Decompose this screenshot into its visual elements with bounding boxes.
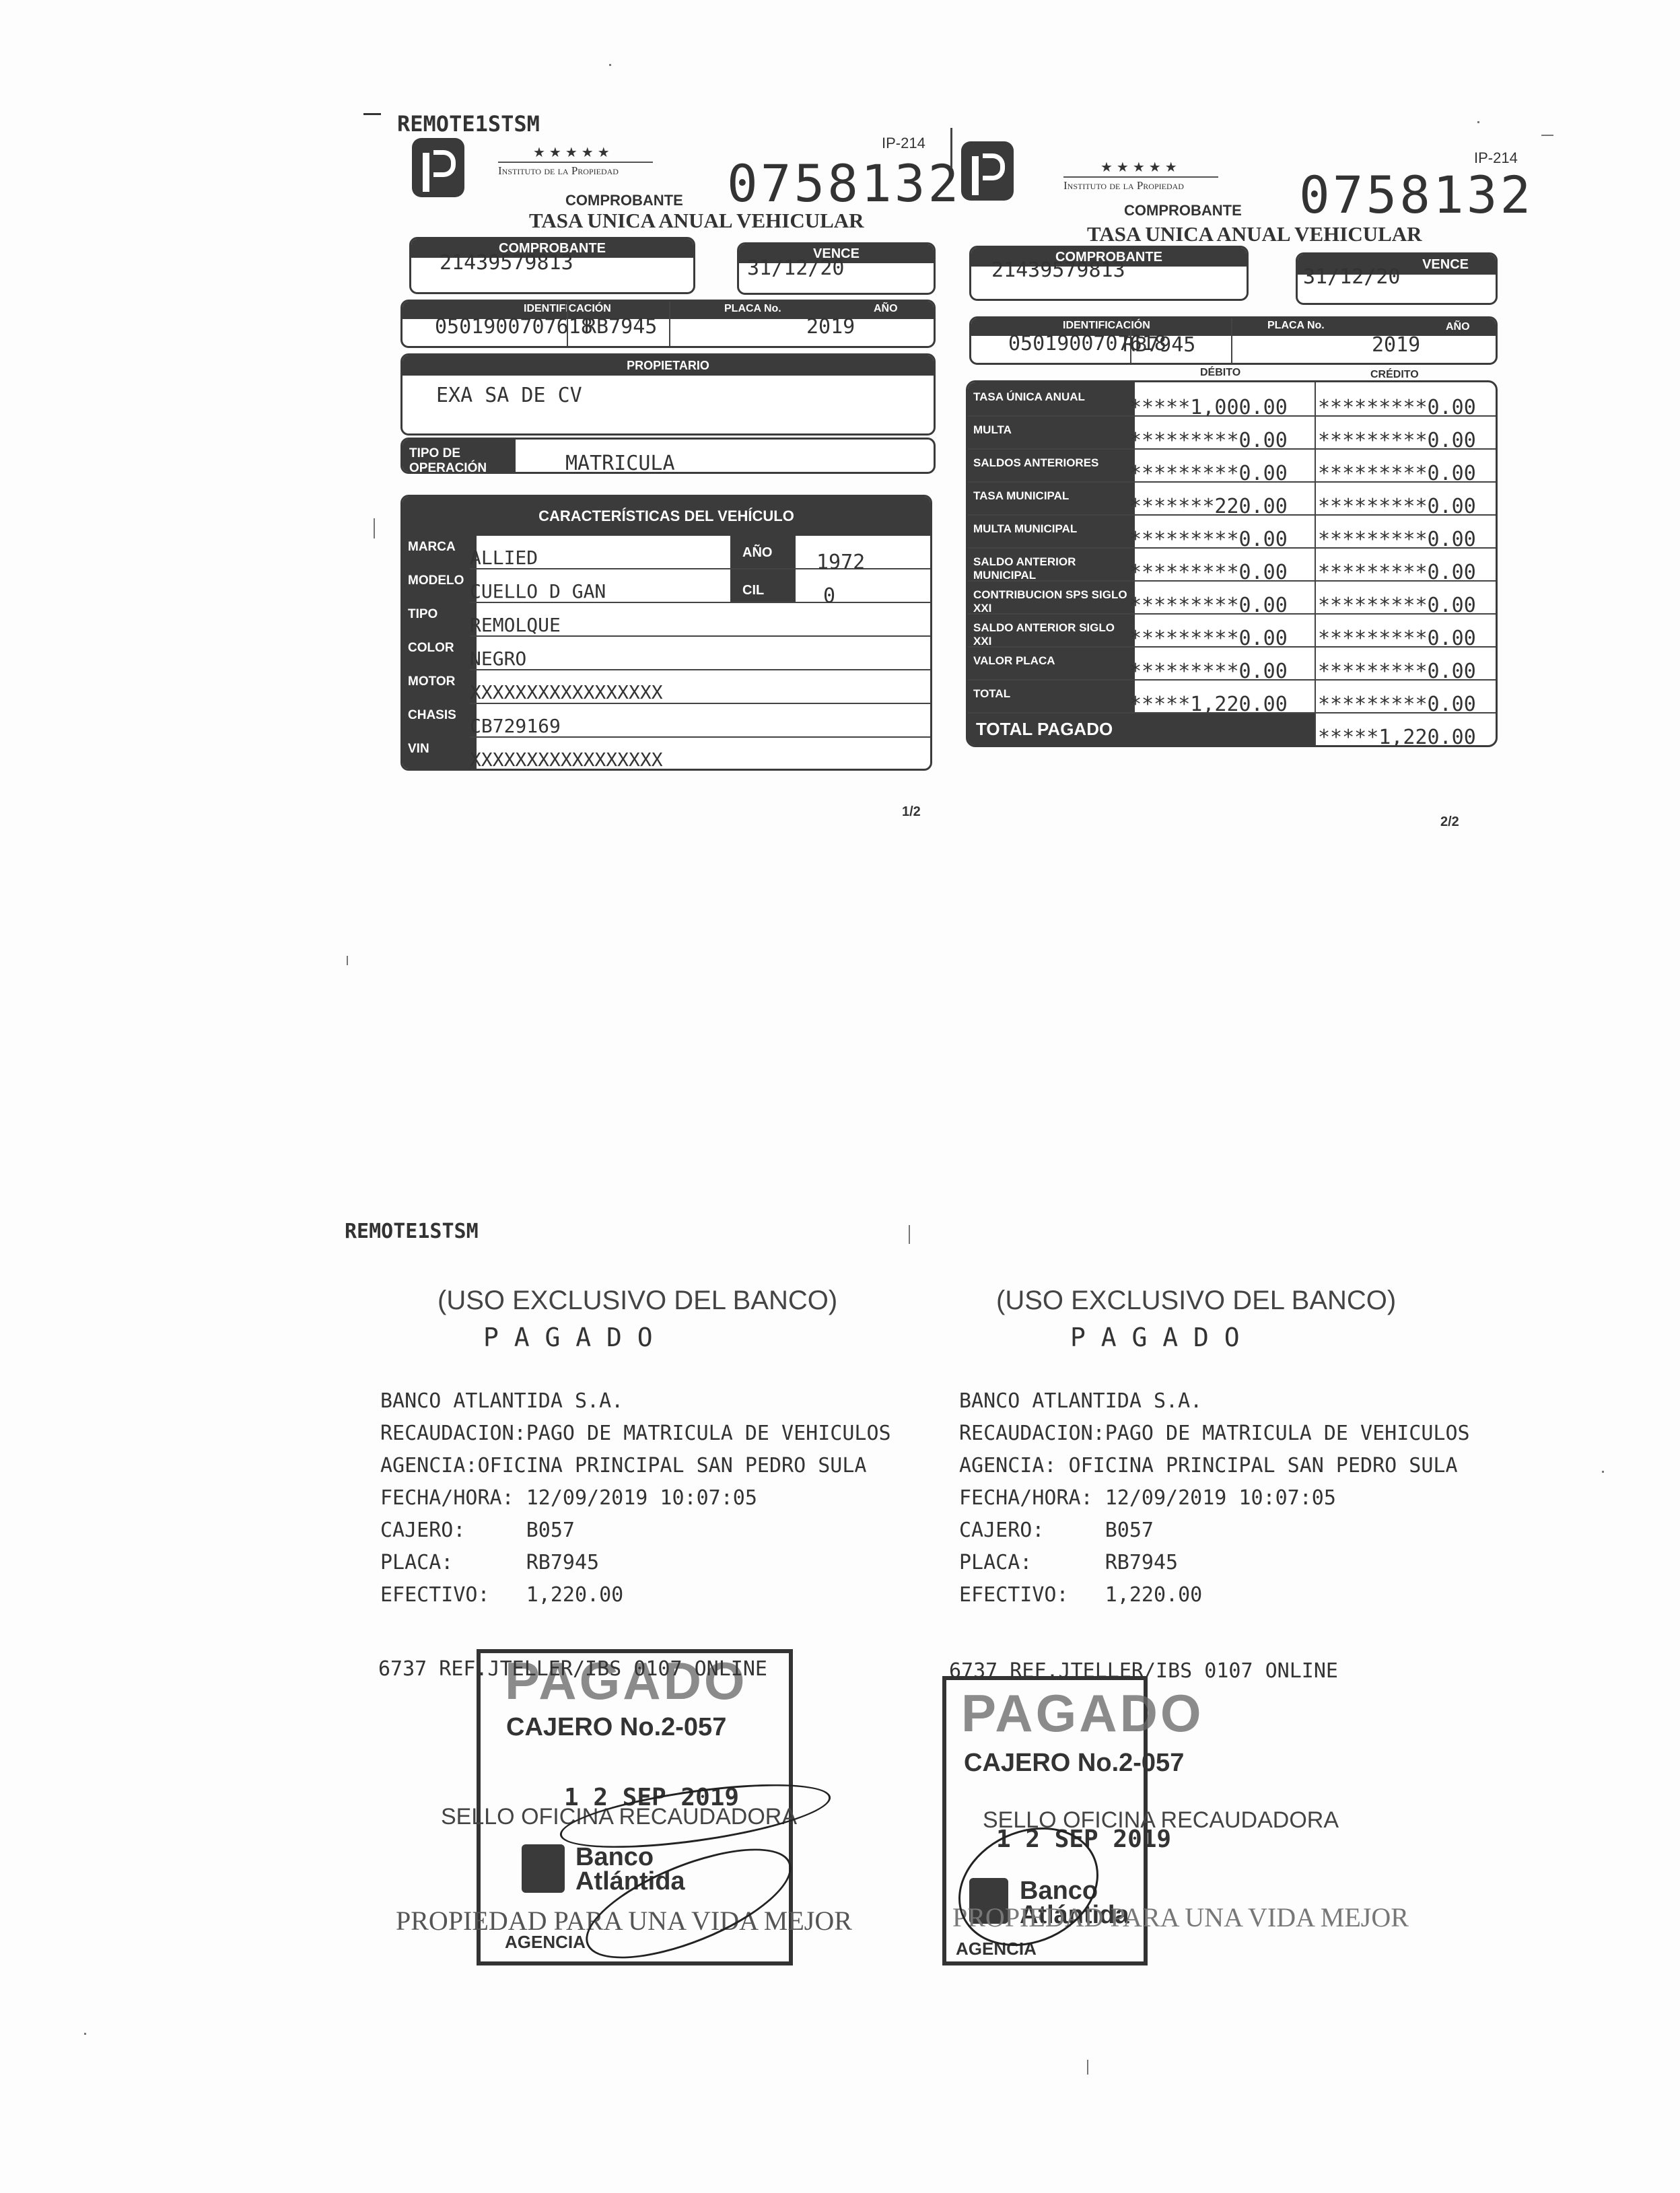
paid-status: P A G A D O	[1070, 1323, 1240, 1352]
bank-use-heading: (USO EXCLUSIVO DEL BANCO)	[438, 1286, 837, 1316]
serial-number: 0758132	[1299, 165, 1533, 225]
ano-value: 2019	[806, 315, 855, 339]
tipo-operacion-value: MATRICULA	[565, 452, 675, 474]
document-title: TASA UNICA ANUAL VEHICULAR	[1087, 222, 1422, 246]
scan-mark	[1087, 2060, 1088, 2075]
subtitle: COMPROBANTE	[1124, 202, 1242, 219]
vence-field: VENCE 31/12/20	[1296, 252, 1498, 305]
recaudacion-line: RECAUDACION:PAGO DE MATRICULA DE VEHICUL…	[959, 1418, 1470, 1450]
vehicle-row-label: CHASIS	[403, 708, 470, 723]
bank-name-line: BANCO ATLANTIDA S.A.	[380, 1385, 891, 1418]
efectivo-line: EFECTIVO: 1,220.00	[959, 1579, 1470, 1611]
vehicle-row-value: NEGRO	[470, 648, 526, 670]
reference-line: 6737 REF.JTELLER/IBS 0107 ONLINE	[949, 1659, 1338, 1683]
form-code: IP-214	[882, 135, 925, 152]
identificacion-field: IDENTIFICACIÓN PLACA No. AÑO 05019007076…	[969, 316, 1498, 365]
recaudacion-line: RECAUDACION:PAGO DE MATRICULA DE VEHICUL…	[380, 1418, 891, 1450]
ip-logo-icon	[412, 138, 464, 197]
stamp-cajero: CAJERO No.2-057	[506, 1713, 726, 1742]
institution-name: Instituto de la Propiedad	[1063, 176, 1218, 193]
placa-line: PLACA: RB7945	[959, 1547, 1470, 1579]
scan-speck	[84, 2033, 86, 2035]
vehicle-row-label: VIN	[403, 742, 470, 757]
bank-use-heading: (USO EXCLUSIVO DEL BANCO)	[996, 1286, 1396, 1316]
banco-atlantida-logo-icon	[522, 1844, 565, 1893]
stamp-agencia: AGENCIA	[505, 1932, 586, 1953]
vehicle-row-value: REMOLQUE	[470, 614, 561, 636]
charge-label: VALOR PLACA	[968, 654, 1135, 668]
placa-value: RB7945	[1123, 333, 1195, 357]
page-indicator: 1/2	[902, 804, 921, 820]
vehicle-cil-value: 0	[823, 584, 835, 608]
total-pagado-value: *****1,220.00	[1318, 726, 1476, 747]
vehicle-row-label: MARCA	[403, 540, 470, 555]
scan-mark	[909, 1225, 910, 1244]
comprobante-value: 21439579813	[440, 251, 573, 275]
bank-name-line: BANCO ATLANTIDA S.A.	[959, 1385, 1470, 1418]
propietario-field: PROPIETARIO EXA SA DE CV	[400, 353, 936, 436]
placa-label: PLACA No.	[724, 303, 781, 315]
vehicle-row-value: CB729169	[470, 715, 561, 737]
fecha-hora-line: FECHA/HORA: 12/09/2019 10:07:05	[380, 1482, 891, 1515]
credito-header: CRÉDITO	[1370, 369, 1419, 381]
reference-line: 6737 REF.JTELLER/IBS 0107 ONLINE	[378, 1657, 767, 1681]
stamp-pagado-text: PAGADO	[961, 1683, 1204, 1744]
charge-label: CONTRIBUCION SPS SIGLO XXI	[968, 588, 1135, 615]
vence-field: VENCE 31/12/20	[737, 242, 936, 295]
margin-mark	[363, 113, 381, 115]
vehicle-cil-label: CIL	[742, 583, 764, 598]
scan-mark	[347, 956, 348, 965]
institution-name: Instituto de la Propiedad	[498, 162, 653, 178]
header-code: REMOTE1STSM	[397, 111, 540, 137]
vehicle-row-label: COLOR	[403, 641, 470, 656]
subtitle: COMPROBANTE	[565, 192, 683, 209]
vehicle-row-value: ALLIED	[470, 547, 538, 569]
document-title: TASA UNICA ANUAL VEHICULAR	[529, 209, 864, 233]
receipt-lines: BANCO ATLANTIDA S.A. RECAUDACION:PAGO DE…	[380, 1385, 891, 1611]
charge-label: SALDO ANTERIOR MUNICIPAL	[968, 555, 1135, 582]
vehicle-row-value: CUELLO D GAN	[470, 580, 606, 602]
scan-speck	[609, 64, 611, 66]
vehicle-ano-value: 1972	[816, 551, 865, 574]
agencia-line: AGENCIA: OFICINA PRINCIPAL SAN PEDRO SUL…	[959, 1450, 1470, 1482]
scan-speck	[1477, 121, 1479, 123]
vehicle-row-value: XXXXXXXXXXXXXXXXX	[470, 749, 663, 771]
charge-label: TOTAL	[968, 687, 1135, 701]
ano-label: AÑO	[1446, 321, 1470, 333]
charge-label: MULTA MUNICIPAL	[968, 522, 1135, 536]
ano-value: 2019	[1372, 333, 1420, 357]
charge-label: SALDOS ANTERIORES	[968, 456, 1135, 470]
bank-logo-name-1: Banco	[575, 1844, 654, 1870]
scan-mark	[1541, 135, 1553, 136]
charges-table: TASA ÚNICA ANUAL*****1,000.00*********0.…	[966, 380, 1498, 747]
receipt-lines: BANCO ATLANTIDA S.A. RECAUDACION:PAGO DE…	[959, 1385, 1470, 1611]
vehicle-ano-label: AÑO	[742, 545, 772, 561]
vehicle-row-label: MODELO	[403, 573, 470, 588]
vehicle-row-label: MOTOR	[403, 674, 470, 689]
propietario-value: EXA SA DE CV	[436, 384, 582, 407]
total-pagado-label: TOTAL PAGADO	[976, 719, 1113, 740]
bank-header-code: REMOTE1STSM	[345, 1220, 479, 1243]
placa-label: PLACA No.	[1267, 320, 1325, 332]
charge-label: SALDO ANTERIOR SIGLO XXI	[968, 621, 1135, 648]
tipo-operacion-label: TIPO DE OPERACIÓN	[403, 440, 516, 474]
identificacion-field: IDENTIFICACIÓN PLACA No. AÑO 05019007076…	[400, 300, 936, 348]
cajero-line: CAJERO: B057	[959, 1515, 1470, 1547]
charge-label: TASA MUNICIPAL	[968, 489, 1135, 503]
serial-number: 0758132	[727, 153, 961, 213]
cajero-line: CAJERO: B057	[380, 1515, 891, 1547]
page-indicator: 2/2	[1440, 814, 1459, 830]
comprobante-field: COMPROBANTE 21439579813	[969, 246, 1249, 301]
vehicle-table-title: CARACTERÍSTICAS DEL VEHÍCULO	[403, 497, 930, 536]
comprobante-value: 21439579813	[991, 258, 1125, 282]
charge-label: TASA ÚNICA ANUAL	[968, 390, 1135, 404]
ano-label: AÑO	[874, 303, 898, 315]
paid-status: P A G A D O	[483, 1323, 653, 1352]
vence-value: 31/12/20	[747, 256, 845, 280]
ip-logo-icon	[961, 141, 1014, 201]
stamp-cajero: CAJERO No.2-057	[964, 1749, 1184, 1778]
stars-icon: ★★★★★	[1100, 159, 1181, 175]
scan-mark	[374, 518, 375, 538]
vehicle-characteristics-table: CARACTERÍSTICAS DEL VEHÍCULO MARCAALLIED…	[400, 495, 932, 771]
placa-value: RB7945	[584, 315, 657, 339]
vence-value: 31/12/20	[1303, 265, 1401, 289]
propietario-label: PROPIETARIO	[403, 355, 934, 376]
vehicle-row-label: TIPO	[403, 607, 470, 622]
efectivo-line: EFECTIVO: 1,220.00	[380, 1579, 891, 1611]
fecha-hora-line: FECHA/HORA: 12/09/2019 10:07:05	[959, 1482, 1470, 1515]
tipo-operacion-field: TIPO DE OPERACIÓN MATRICULA	[400, 438, 936, 474]
vehicle-row-value: XXXXXXXXXXXXXXXXX	[470, 681, 663, 703]
comprobante-field: COMPROBANTE 21439579813	[409, 237, 695, 294]
debito-header: DÉBITO	[1200, 367, 1240, 379]
agencia-line: AGENCIA:OFICINA PRINCIPAL SAN PEDRO SULA	[380, 1450, 891, 1482]
identificacion-value: 0501900707618	[435, 315, 593, 339]
placa-line: PLACA: RB7945	[380, 1547, 891, 1579]
divider	[950, 128, 952, 168]
stars-icon: ★★★★★	[533, 144, 614, 160]
identificacion-label: IDENTIFICACIÓN	[1063, 320, 1150, 332]
scan-speck	[1602, 1471, 1604, 1473]
charge-label: MULTA	[968, 423, 1135, 437]
